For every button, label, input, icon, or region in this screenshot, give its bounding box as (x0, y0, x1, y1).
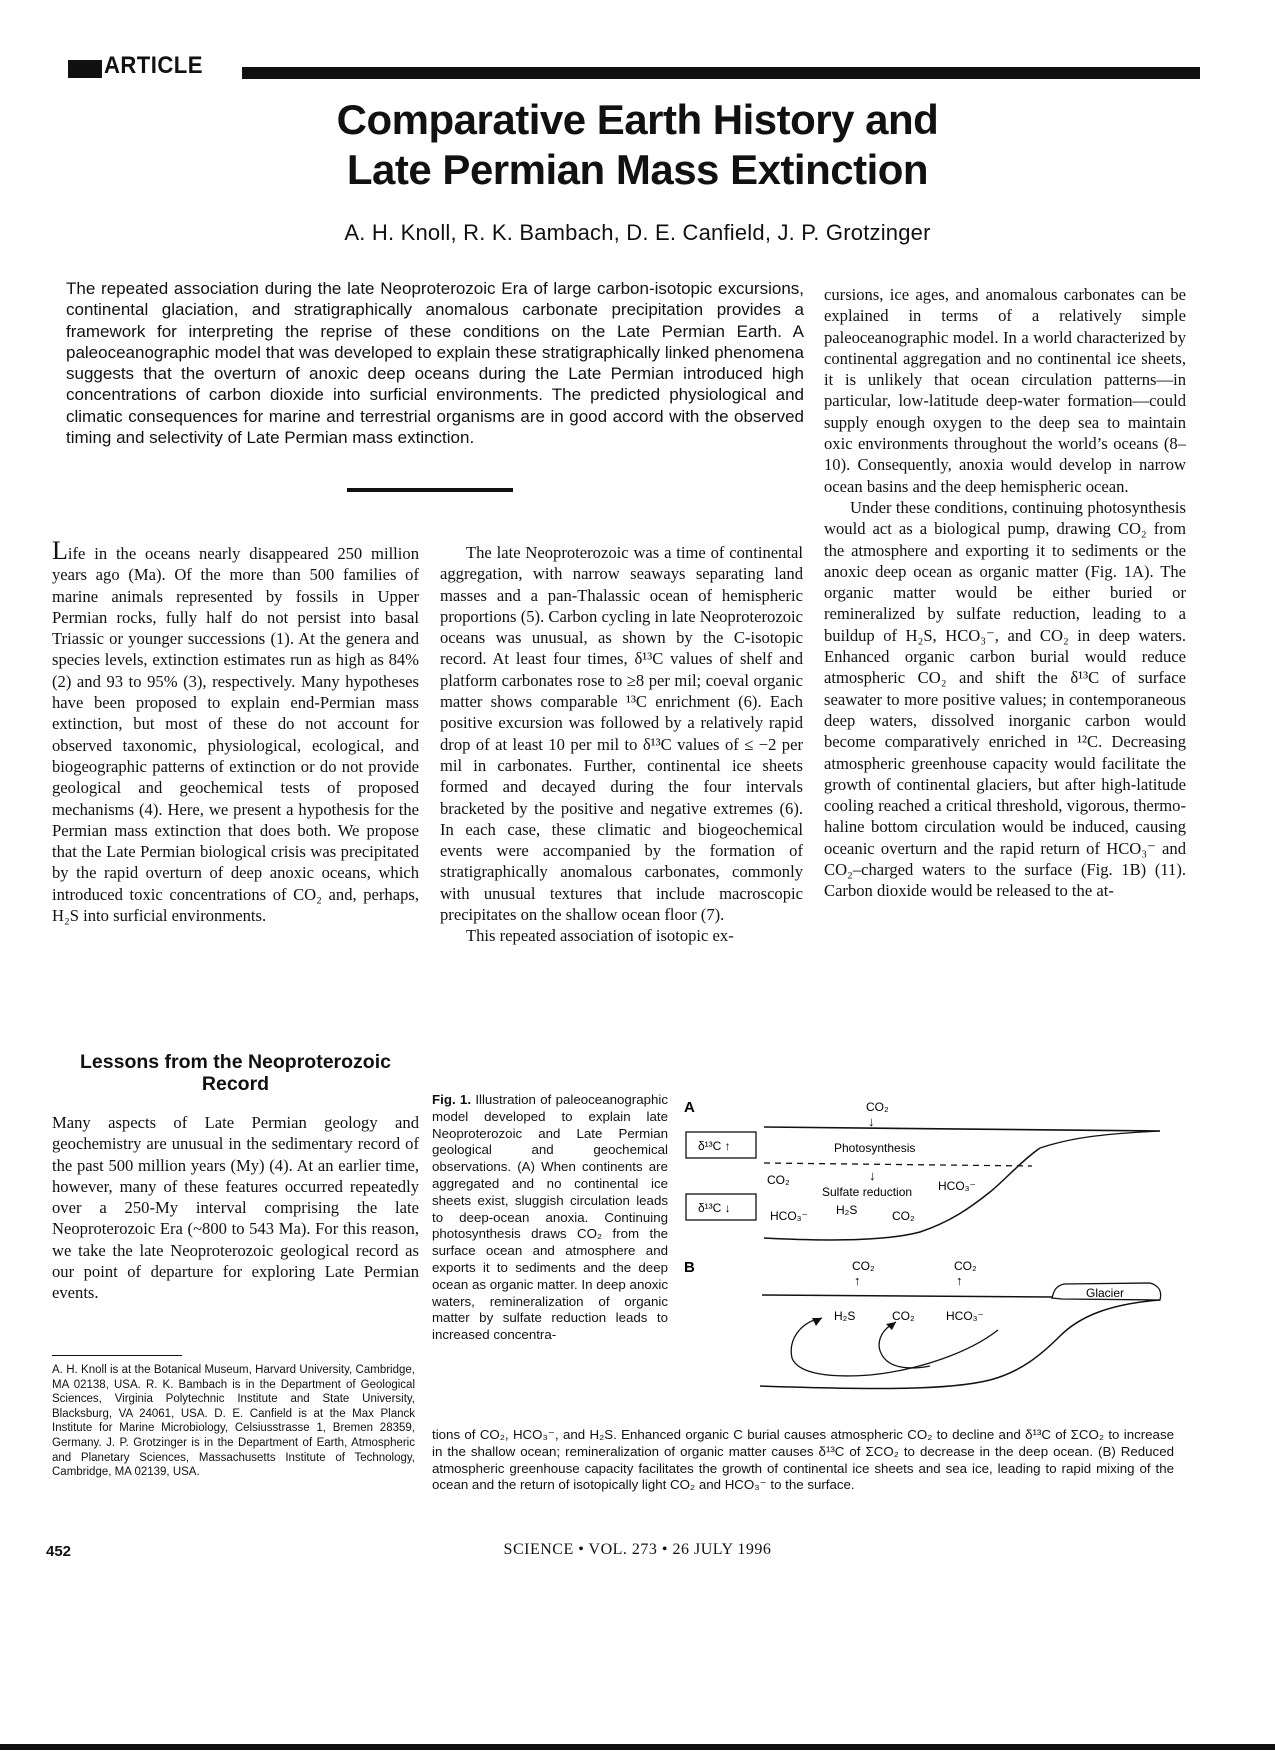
col3-paragraph-1: cursions, ice ages, and anomalous carbon… (824, 284, 1186, 497)
up-arrow-icon: ↑ (854, 1273, 861, 1288)
col2-paragraph-2: This repeated association of isotopic ex… (440, 925, 803, 946)
panel-a-co2-bottom: CO₂ (892, 1209, 915, 1223)
title-line-1: Comparative Earth History and (0, 95, 1275, 145)
author-affiliations: A. H. Knoll is at the Botanical Museum, … (52, 1363, 415, 1480)
panel-b-co2-release-2: CO₂ (954, 1259, 977, 1273)
abstract-divider (347, 488, 513, 492)
panel-a-hco3-right: HCO₃⁻ (938, 1179, 976, 1193)
body-column-3: cursions, ice ages, and anomalous carbon… (824, 284, 1186, 902)
panel-b-co2-release-1: CO₂ (852, 1259, 875, 1273)
affiliation-rule (52, 1355, 182, 1356)
section-heading: Lessons from the Neoproterozoic Record (52, 1051, 419, 1095)
figure-caption-text-1: Illustration of paleoceanographic model … (432, 1092, 668, 1342)
running-footer: SCIENCE • VOL. 273 • 26 JULY 1996 (0, 1541, 1275, 1559)
panel-b-co2: CO₂ (892, 1309, 915, 1323)
figure-caption-continued: tions of CO₂, HCO₃⁻, and H₂S. Enhanced o… (432, 1427, 1174, 1494)
section-marker-block (68, 60, 102, 78)
author-list: A. H. Knoll, R. K. Bambach, D. E. Canfie… (0, 220, 1275, 246)
drop-cap: L (52, 536, 68, 565)
up-arrow-icon: ↑ (956, 1273, 963, 1288)
body-column-2: The late Neoproterozoic was a time of co… (440, 542, 803, 947)
delta13c-down-label: δ¹³C ↓ (698, 1201, 731, 1215)
sulfate-reduction-label: Sulfate reduction (822, 1185, 912, 1199)
panel-a-co2-atmosphere: CO₂ (866, 1100, 889, 1114)
intro-paragraph: Life in the oceans nearly disappeared 25… (52, 542, 419, 926)
header-rule (242, 67, 1200, 79)
abstract: The repeated association during the late… (66, 278, 804, 448)
intro-text: ife in the oceans nearly disappeared 250… (52, 544, 419, 925)
figure-caption: Fig. 1. Illustration of paleoceanographi… (432, 1092, 668, 1344)
photosynthesis-label: Photosynthesis (834, 1141, 915, 1155)
body-column-1: Life in the oceans nearly disappeared 25… (52, 542, 419, 926)
down-arrow-icon: ↓ (869, 1168, 876, 1183)
title-line-2: Late Permian Mass Extinction (0, 145, 1275, 195)
footer-rule (0, 1744, 1275, 1750)
glacier-label: Glacier (1086, 1286, 1124, 1300)
section-paragraph-1: Many aspects of Late Permian geology and… (52, 1112, 419, 1304)
panel-a-label: A (684, 1099, 695, 1116)
panel-b-label: B (684, 1259, 695, 1276)
panel-a-co2-left: CO₂ (767, 1173, 790, 1187)
article-title: Comparative Earth History and Late Permi… (0, 95, 1275, 195)
body-column-1-section: Many aspects of Late Permian geology and… (52, 1112, 419, 1304)
figure-label: Fig. 1. (432, 1092, 471, 1107)
col3-paragraph-2: Under these conditions, continuing photo… (824, 497, 1186, 902)
panel-b-hco3: HCO₃⁻ (946, 1309, 984, 1323)
down-arrow-icon: ↓ (868, 1114, 875, 1129)
panel-b-h2s: H₂S (834, 1309, 855, 1323)
ocean-model-diagram: A CO₂ ↓ δ¹³C ↑ Photosynthesis ↓ CO₂ HCO₃… (670, 1095, 1190, 1430)
col2-paragraph-1: The late Neoproterozoic was a time of co… (440, 542, 803, 925)
delta13c-up-label: δ¹³C ↑ (698, 1139, 731, 1153)
panel-a-hco3-left: HCO₃⁻ (770, 1209, 808, 1223)
panel-a-h2s: H₂S (836, 1203, 857, 1217)
section-label: ARTICLE (104, 52, 203, 80)
